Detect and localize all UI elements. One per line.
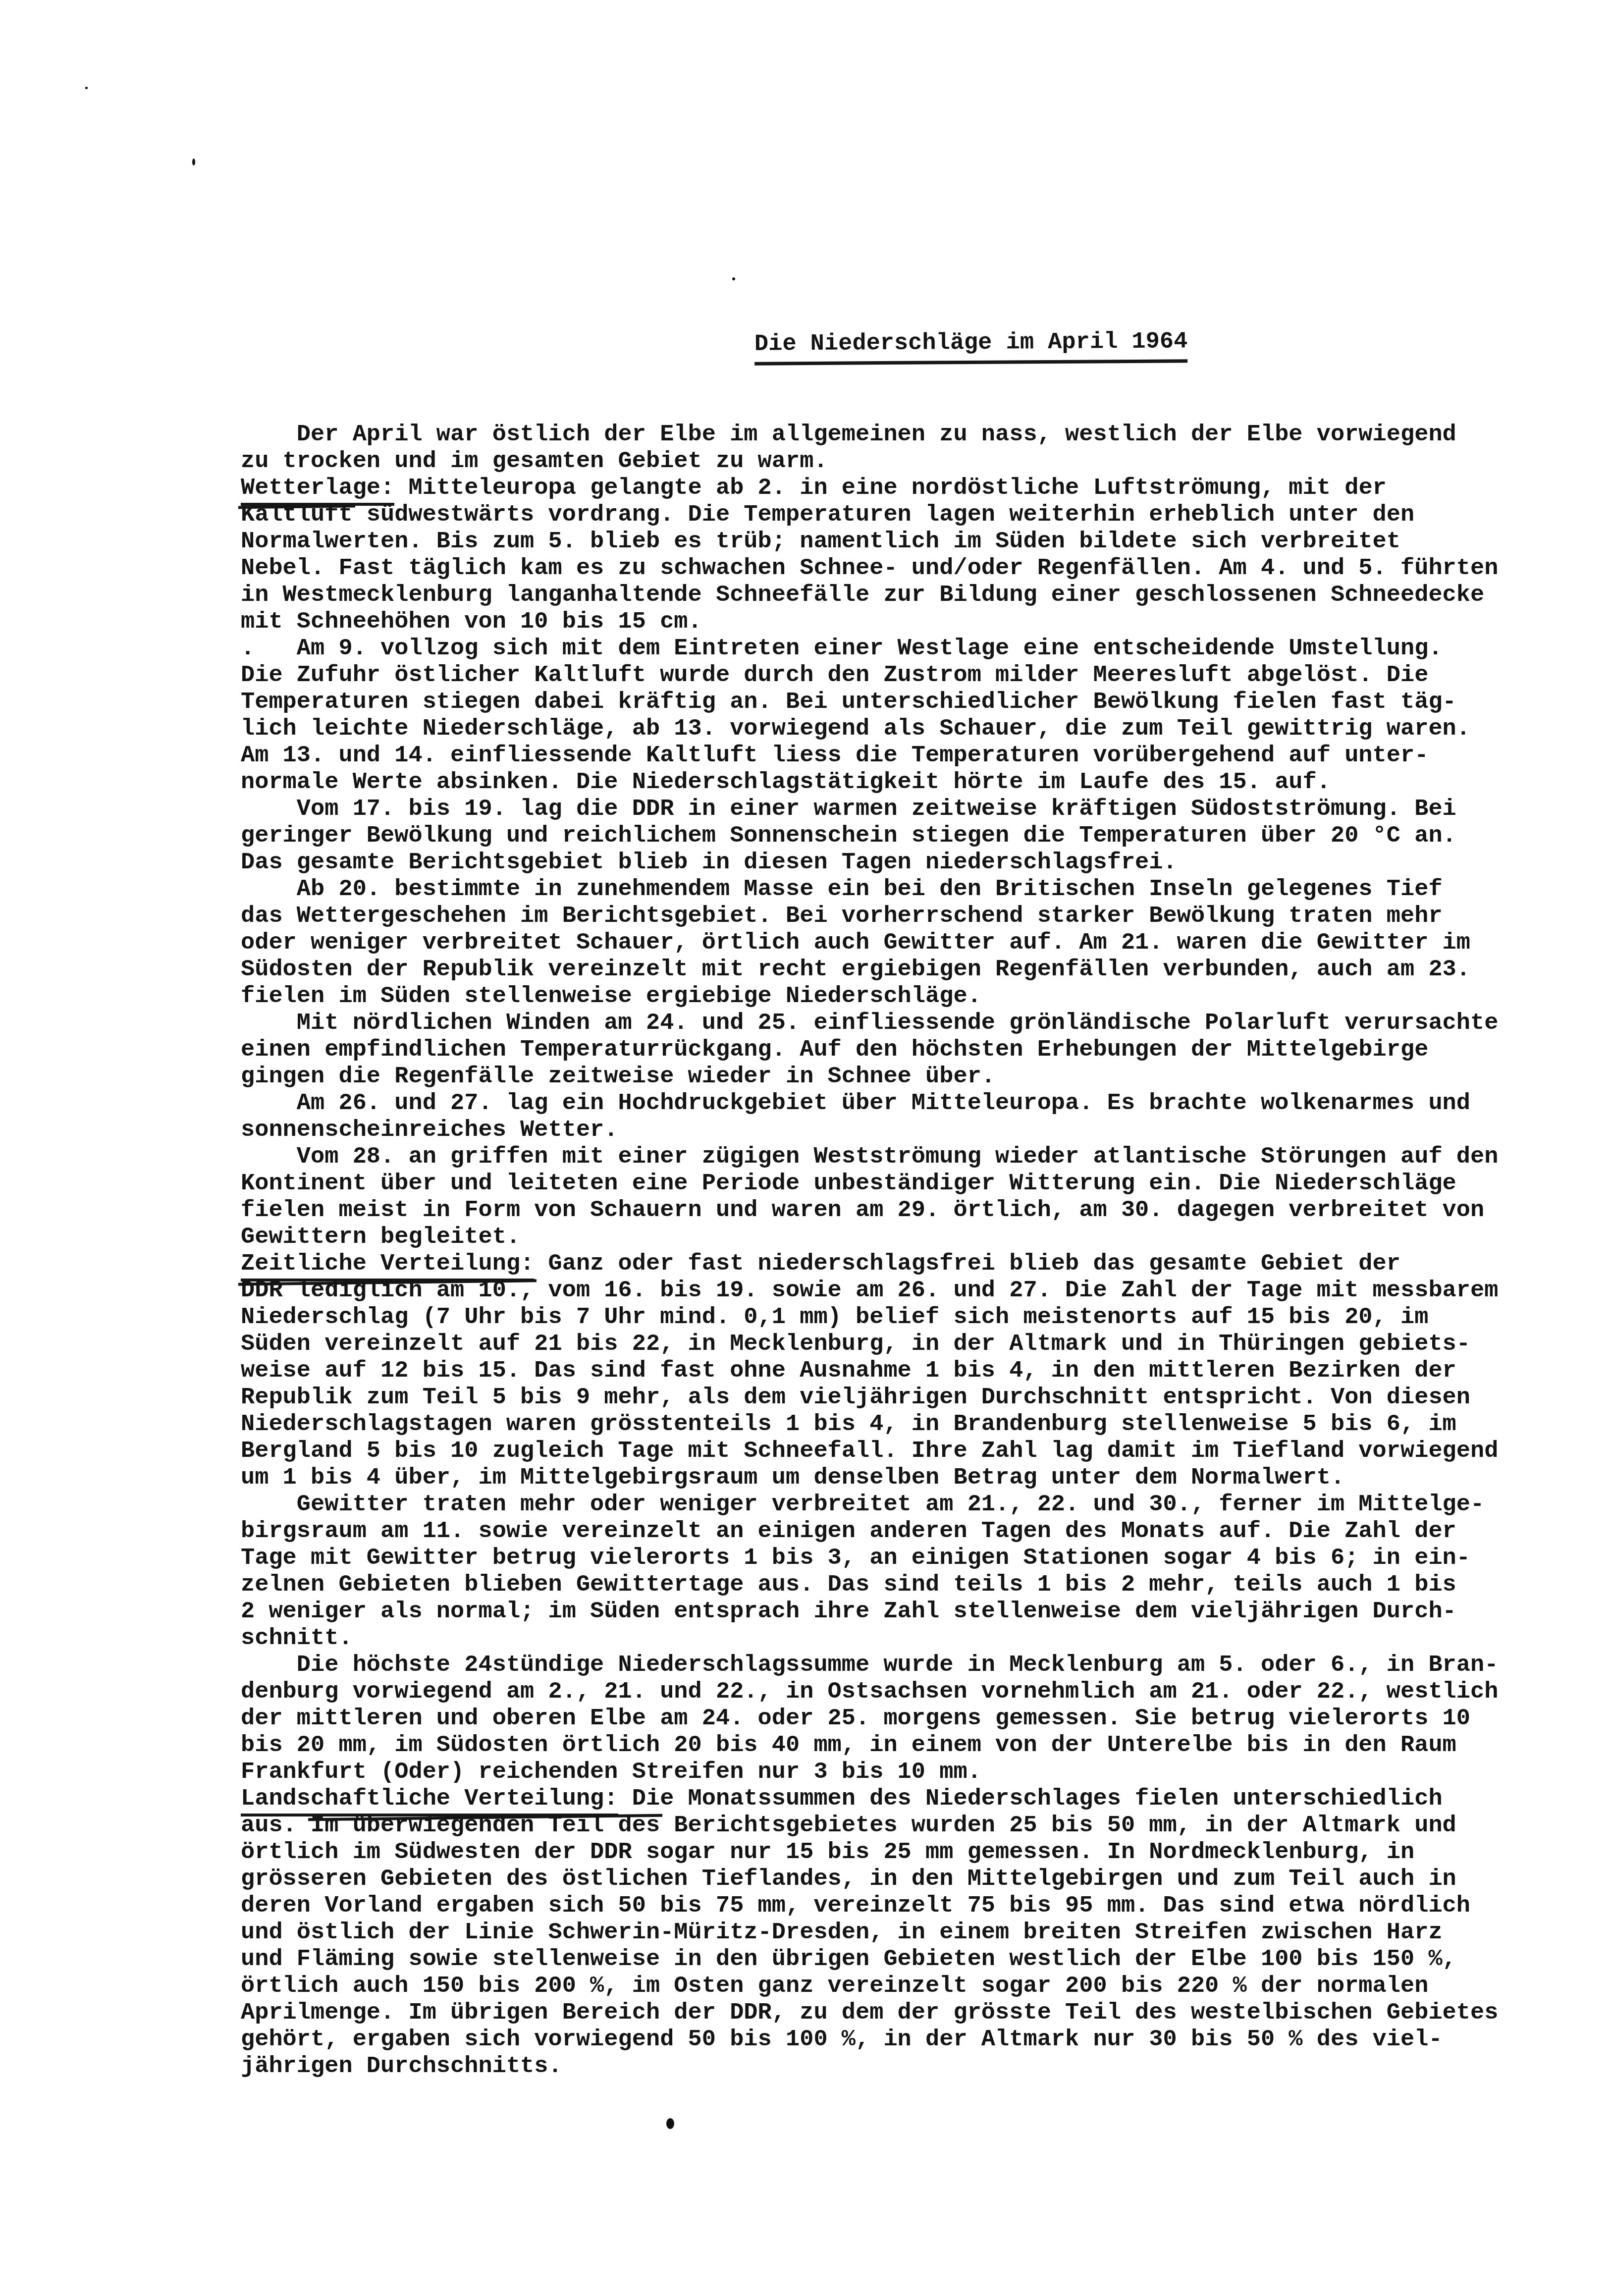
text-line: mit Schneehöhen von 10 bis 15 cm. (241, 609, 1578, 636)
text-segment: der mittleren und oberen Elbe am 24. ode… (241, 1706, 1470, 1732)
text-line: Am 26. und 27. lag ein Hochdruckgebiet ü… (241, 1090, 1578, 1117)
text-segment: Ganz oder fast niederschlagsfrei blieb d… (534, 1251, 1400, 1277)
document-text: Der April war östlich der Elbe im allgem… (241, 422, 1578, 2080)
ink-speck (732, 277, 735, 280)
text-line: zelnen Gebieten blieben Gewittertage aus… (241, 1572, 1578, 1599)
text-segment: weise auf 12 bis 15. Das sind fast ohne … (241, 1358, 1456, 1384)
text-segment: Gewitter traten mehr oder weniger verbre… (241, 1492, 1484, 1518)
text-line: Die höchste 24stündige Niederschlagssumm… (241, 1652, 1578, 1679)
text-segment: Aprilmenge. Im übrigen Bereich der DDR, … (241, 2000, 1498, 2026)
text-line: jährigen Durchschnitts. (241, 2053, 1578, 2080)
text-segment: Die Monatssummen des Niederschlages fiel… (618, 1786, 1443, 1812)
text-segment: Die Zufuhr östlicher Kaltluft wurde durc… (241, 662, 1428, 689)
text-segment: zelnen Gebieten blieben Gewittertage aus… (241, 1572, 1456, 1598)
text-line: gingen die Regenfälle zeitweise wieder i… (241, 1064, 1578, 1090)
text-line: Süden vereinzelt auf 21 bis 22, in Meckl… (241, 1331, 1578, 1358)
text-segment: Niederschlag (7 Uhr bis 7 Uhr mind. 0,1 … (241, 1304, 1428, 1331)
text-segment: lich leichte Niederschläge, ab 13. vorwi… (241, 716, 1470, 742)
page-title: Die Niederschläge im April 1964 (754, 328, 1188, 365)
text-segment: Niederschlagstagen waren grösstenteils 1… (241, 1411, 1456, 1438)
text-line: zu trocken und im gesamten Gebiet zu war… (241, 448, 1578, 475)
text-line: Südosten der Republik vereinzelt mit rec… (241, 957, 1578, 983)
text-line: Temperaturen stiegen dabei kräftig an. B… (241, 689, 1578, 716)
text-line: Landschaftliche Verteilung: Die Monatssu… (241, 1786, 1578, 1813)
text-segment: normale Werte absinken. Die Niederschlag… (241, 769, 1331, 796)
text-segment: denburg vorwiegend am 2., 21. und 22., i… (241, 1679, 1498, 1705)
text-segment: südwestwärts vordrang. Die Temperaturen … (353, 502, 1415, 528)
text-segment: birgsraum am 11. sowie vereinzelt an ein… (241, 1518, 1456, 1545)
text-segment: jährigen Durchschnitts. (241, 2053, 562, 2080)
text-segment: Tage mit Gewitter betrug vielerorts 1 bi… (241, 1545, 1470, 1571)
text-segment: Kaltluft (241, 502, 353, 529)
ink-speck (192, 159, 195, 165)
text-segment: Vom 17. bis 19. lag die DDR in einer war… (241, 796, 1456, 822)
text-segment: Die höchste 24stündige Niederschlagssumm… (241, 1652, 1498, 1678)
text-segment: Ab 20. bestimmte in zunehmendem Masse ei… (241, 876, 1443, 903)
text-line: in Westmecklenburg langanhaltende Schnee… (241, 582, 1578, 609)
text-line: Niederschlag (7 Uhr bis 7 Uhr mind. 0,1 … (241, 1304, 1578, 1331)
text-line: Kontinent über und leiteten eine Periode… (241, 1171, 1578, 1197)
text-line: sonnenscheinreiches Wetter. (241, 1117, 1578, 1144)
text-segment: Republik zum Teil 5 bis 9 mehr, als dem … (241, 1385, 1470, 1411)
text-line: oder weniger verbreitet Schauer, örtlich… (241, 930, 1578, 957)
text-segment: Temperaturen stiegen dabei kräftig an. B… (241, 689, 1456, 715)
text-line: örtlich auch 150 bis 200 %, im Osten gan… (241, 1973, 1578, 2000)
text-line: örtlich im Südwesten der DDR sogar nur 1… (241, 1839, 1578, 1866)
text-segment: aus. (241, 1813, 311, 1839)
text-segment: DDR lediglich am 10., (241, 1278, 534, 1304)
text-line: Die Zufuhr östlicher Kaltluft wurde durc… (241, 662, 1578, 689)
section-heading: Zeitliche Verteilung: (241, 1251, 534, 1281)
text-line: denburg vorwiegend am 2., 21. und 22., i… (241, 1679, 1578, 1706)
text-segment: Südosten der Republik vereinzelt mit rec… (241, 957, 1470, 983)
text-line: Tage mit Gewitter betrug vielerorts 1 bi… (241, 1545, 1578, 1572)
text-segment: Nebel. Fast täglich kam es zu schwachen … (241, 555, 1498, 582)
title-row: Die Niederschläge im April 1964 (671, 303, 1578, 391)
text-segment: zu trocken und im gesamten Gebiet zu war… (241, 448, 828, 475)
text-line: Kaltluft südwestwärts vordrang. Die Temp… (241, 502, 1578, 529)
text-line: aus. Im überwiegenden Teil des Berichtsg… (241, 1813, 1578, 1839)
ink-speck (85, 87, 88, 89)
text-segment: örtlich im Südwesten der DDR sogar nur 1… (241, 1839, 1414, 1866)
text-line: Der April war östlich der Elbe im allgem… (241, 422, 1578, 448)
text-segment: schnitt. (241, 1625, 353, 1652)
text-line: Ab 20. bestimmte in zunehmendem Masse ei… (241, 876, 1578, 903)
text-line: weise auf 12 bis 15. Das sind fast ohne … (241, 1358, 1578, 1385)
text-segment: Der April war östlich der Elbe im allgem… (241, 422, 1456, 448)
text-line: Am 13. und 14. einfliessende Kaltluft li… (241, 743, 1578, 769)
text-segment: . Am 9. vollzog sich mit dem Eintreten e… (241, 636, 1443, 662)
text-segment: Bergland 5 bis 10 zugleich Tage mit Schn… (241, 1438, 1498, 1464)
text-segment: deren Vorland ergaben sich 50 bis 75 mm,… (241, 1893, 1470, 1919)
section-heading: Wetterlage: (241, 475, 394, 506)
text-segment: Frankfurt (Oder) reichenden Streifen nur… (241, 1759, 981, 1785)
text-segment: örtlich auch 150 bis 200 %, im Osten gan… (241, 1973, 1428, 1999)
text-line: schnitt. (241, 1625, 1578, 1652)
scanned-document-page: Die Niederschläge im April 1964 Der Apri… (0, 0, 1611, 2296)
text-segment: Am 26. und 27. lag ein Hochdruckgebiet ü… (241, 1090, 1470, 1117)
text-line: 2 weniger als normal; im Süden entsprach… (241, 1599, 1578, 1625)
text-line: gehört, ergaben sich vorwiegend 50 bis 1… (241, 2027, 1578, 2053)
ink-speck (666, 2118, 674, 2129)
text-line: der mittleren und oberen Elbe am 24. ode… (241, 1706, 1578, 1732)
text-segment: und östlich der Linie Schwerin-Müritz-Dr… (241, 1920, 1443, 1946)
text-segment: vom 16. bis 19. sowie am 26. und 27. Die… (534, 1278, 1498, 1304)
text-segment: Im überwiegenden Teil des (311, 1813, 660, 1839)
text-segment: einen empfindlichen Temperaturrückgang. … (241, 1037, 1428, 1063)
text-line: bis 20 mm, im Südosten örtlich 20 bis 40… (241, 1732, 1578, 1759)
text-segment: das Wettergeschehen im Berichtsgebiet. B… (241, 903, 1443, 929)
text-line: Niederschlagstagen waren grösstenteils 1… (241, 1411, 1578, 1438)
text-line: und Fläming sowie stellenweise in den üb… (241, 1946, 1578, 1973)
text-segment: um 1 bis 4 über, im Mittelgebirgsraum um… (241, 1465, 1344, 1491)
text-line: normale Werte absinken. Die Niederschlag… (241, 769, 1578, 796)
text-segment: gingen die Regenfälle zeitweise wieder i… (241, 1064, 995, 1090)
text-segment: Gewittern begleitet. (241, 1224, 520, 1250)
text-segment: fielen im Süden stellenweise ergiebige N… (241, 983, 981, 1010)
text-line: fielen im Süden stellenweise ergiebige N… (241, 983, 1578, 1010)
text-segment: Berichtsgebietes wurden 25 bis 50 mm, in… (660, 1813, 1456, 1839)
text-segment: Am 13. und 14. einfliessende Kaltluft li… (241, 743, 1428, 769)
text-line: Das gesamte Berichtsgebiet blieb in dies… (241, 850, 1578, 876)
text-line: deren Vorland ergaben sich 50 bis 75 mm,… (241, 1893, 1578, 1920)
text-line: Wetterlage: Mitteleuropa gelangte ab 2. … (241, 475, 1578, 502)
text-line: Gewittern begleitet. (241, 1224, 1578, 1251)
text-segment: Vom 28. an griffen mit einer zügigen Wes… (241, 1144, 1498, 1170)
text-segment: Kontinent über und leiteten eine Periode… (241, 1171, 1456, 1197)
text-segment: oder weniger verbreitet Schauer, örtlich… (241, 930, 1470, 956)
text-segment: sonnenscheinreiches Wetter. (241, 1117, 618, 1143)
text-segment: und Fläming sowie stellenweise in den üb… (241, 1946, 1456, 1973)
text-line: Vom 17. bis 19. lag die DDR in einer war… (241, 796, 1578, 823)
text-segment: 2 weniger als normal; im Süden entsprach… (241, 1599, 1456, 1625)
text-line: geringer Bewölkung und reichlichem Sonne… (241, 823, 1578, 850)
text-line: . Am 9. vollzog sich mit dem Eintreten e… (241, 636, 1578, 662)
text-line: und östlich der Linie Schwerin-Müritz-Dr… (241, 1920, 1578, 1946)
text-line: birgsraum am 11. sowie vereinzelt an ein… (241, 1518, 1578, 1545)
text-line: Bergland 5 bis 10 zugleich Tage mit Schn… (241, 1438, 1578, 1465)
text-line: um 1 bis 4 über, im Mittelgebirgsraum um… (241, 1465, 1578, 1492)
text-line: grösseren Gebieten des östlichen Tieflan… (241, 1866, 1578, 1893)
document-content: Die Niederschläge im April 1964 Der Apri… (241, 303, 1578, 2080)
text-line: das Wettergeschehen im Berichtsgebiet. B… (241, 903, 1578, 930)
text-line: Aprilmenge. Im übrigen Bereich der DDR, … (241, 2000, 1578, 2027)
text-line: Nebel. Fast täglich kam es zu schwachen … (241, 555, 1578, 582)
text-segment: Süden vereinzelt auf 21 bis 22, in Meckl… (241, 1331, 1470, 1357)
text-line: fielen meist in Form von Schauern und wa… (241, 1197, 1578, 1224)
text-line: lich leichte Niederschläge, ab 13. vorwi… (241, 716, 1578, 743)
text-line: Zeitliche Verteilung: Ganz oder fast nie… (241, 1251, 1578, 1278)
text-segment: Mit nördlichen Winden am 24. und 25. ein… (241, 1010, 1498, 1036)
text-segment: geringer Bewölkung und reichlichem Sonne… (241, 823, 1456, 849)
text-segment: gehört, ergaben sich vorwiegend 50 bis 1… (241, 2027, 1443, 2053)
text-segment: mit Schneehöhen von 10 bis 15 cm. (241, 609, 702, 635)
text-line: DDR lediglich am 10., vom 16. bis 19. so… (241, 1278, 1578, 1304)
text-segment: Das gesamte Berichtsgebiet blieb in dies… (241, 850, 1177, 876)
text-line: Republik zum Teil 5 bis 9 mehr, als dem … (241, 1385, 1578, 1411)
text-line: Frankfurt (Oder) reichenden Streifen nur… (241, 1759, 1578, 1786)
text-line: Mit nördlichen Winden am 24. und 25. ein… (241, 1010, 1578, 1037)
text-segment: Mitteleuropa gelangte ab 2. in eine nord… (394, 475, 1387, 501)
text-line: Vom 28. an griffen mit einer zügigen Wes… (241, 1144, 1578, 1171)
text-segment: in Westmecklenburg langanhaltende Schnee… (241, 582, 1484, 608)
text-line: einen empfindlichen Temperaturrückgang. … (241, 1037, 1578, 1064)
text-segment: bis 20 mm, im Südosten örtlich 20 bis 40… (241, 1732, 1456, 1759)
section-heading: Landschaftliche Verteilung: (241, 1786, 618, 1816)
text-line: Gewitter traten mehr oder weniger verbre… (241, 1492, 1578, 1518)
text-segment: grösseren Gebieten des östlichen Tieflan… (241, 1866, 1456, 1892)
text-segment: Normalwerten. Bis zum 5. blieb es trüb; … (241, 529, 1400, 555)
text-line: Normalwerten. Bis zum 5. blieb es trüb; … (241, 529, 1578, 555)
text-segment: fielen meist in Form von Schauern und wa… (241, 1197, 1484, 1224)
